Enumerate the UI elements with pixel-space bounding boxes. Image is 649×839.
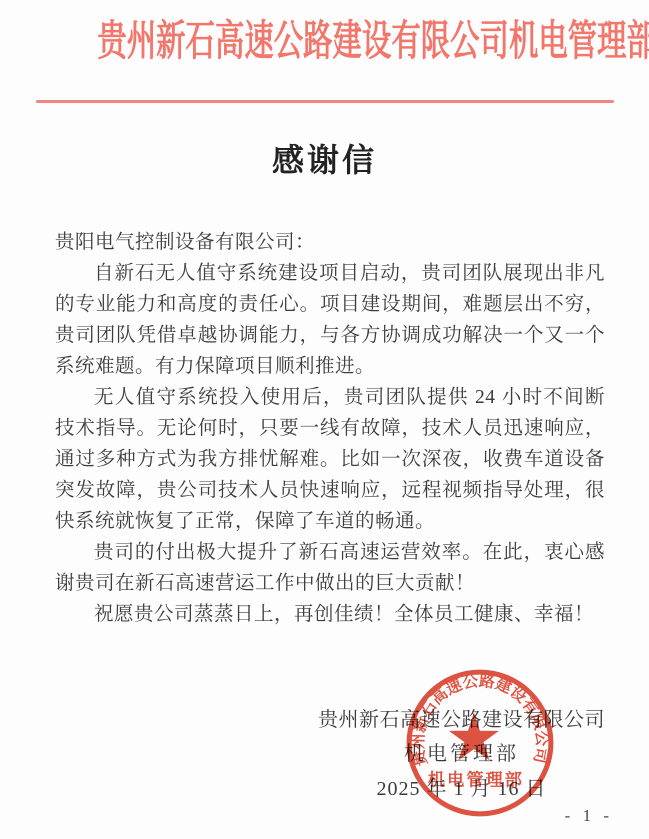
letterhead-title: 贵州新石高速公路建设有限公司机电管理部 [97,16,551,68]
letter-page: 贵州新石高速公路建设有限公司机电管理部 感谢信 贵阳电气控制设备有限公司： 自新… [0,0,649,839]
signature-department: 机电管理部 [318,738,605,770]
page-number: - 1 - [565,806,613,826]
signature-block: 贵州新石高速公路建设有限公司 机电管理部 2025 年 1 月 16 日 [318,704,605,805]
letter-paragraph: 贵司的付出极大提升了新石高速运营效率。在此，衷心感谢贵司在新石高速营运工作中做出… [55,537,605,599]
signature-company: 贵州新石高速公路建设有限公司 [318,704,605,736]
paragraph-list: 自新石无人值守系统建设项目启动，贵司团队展现出非凡的专业能力和高度的责任心。项目… [55,258,605,630]
signature-date: 2025 年 1 月 16 日 [318,773,605,805]
letter-paragraph: 祝愿贵公司蒸蒸日上，再创佳绩！全体员工健康、幸福！ [55,599,605,630]
letter-paragraph: 无人值守系统投入使用后，贵司团队提供 24 小时不间断技术指导。无论何时，只要一… [55,382,605,537]
letter-title: 感谢信 [0,135,649,181]
letter-body: 贵阳电气控制设备有限公司： 自新石无人值守系统建设项目启动，贵司团队展现出非凡的… [0,227,649,630]
recipient-line: 贵阳电气控制设备有限公司： [55,227,605,258]
letter-paragraph: 自新石无人值守系统建设项目启动，贵司团队展现出非凡的专业能力和高度的责任心。项目… [55,258,605,382]
letterhead-divider [36,100,614,103]
